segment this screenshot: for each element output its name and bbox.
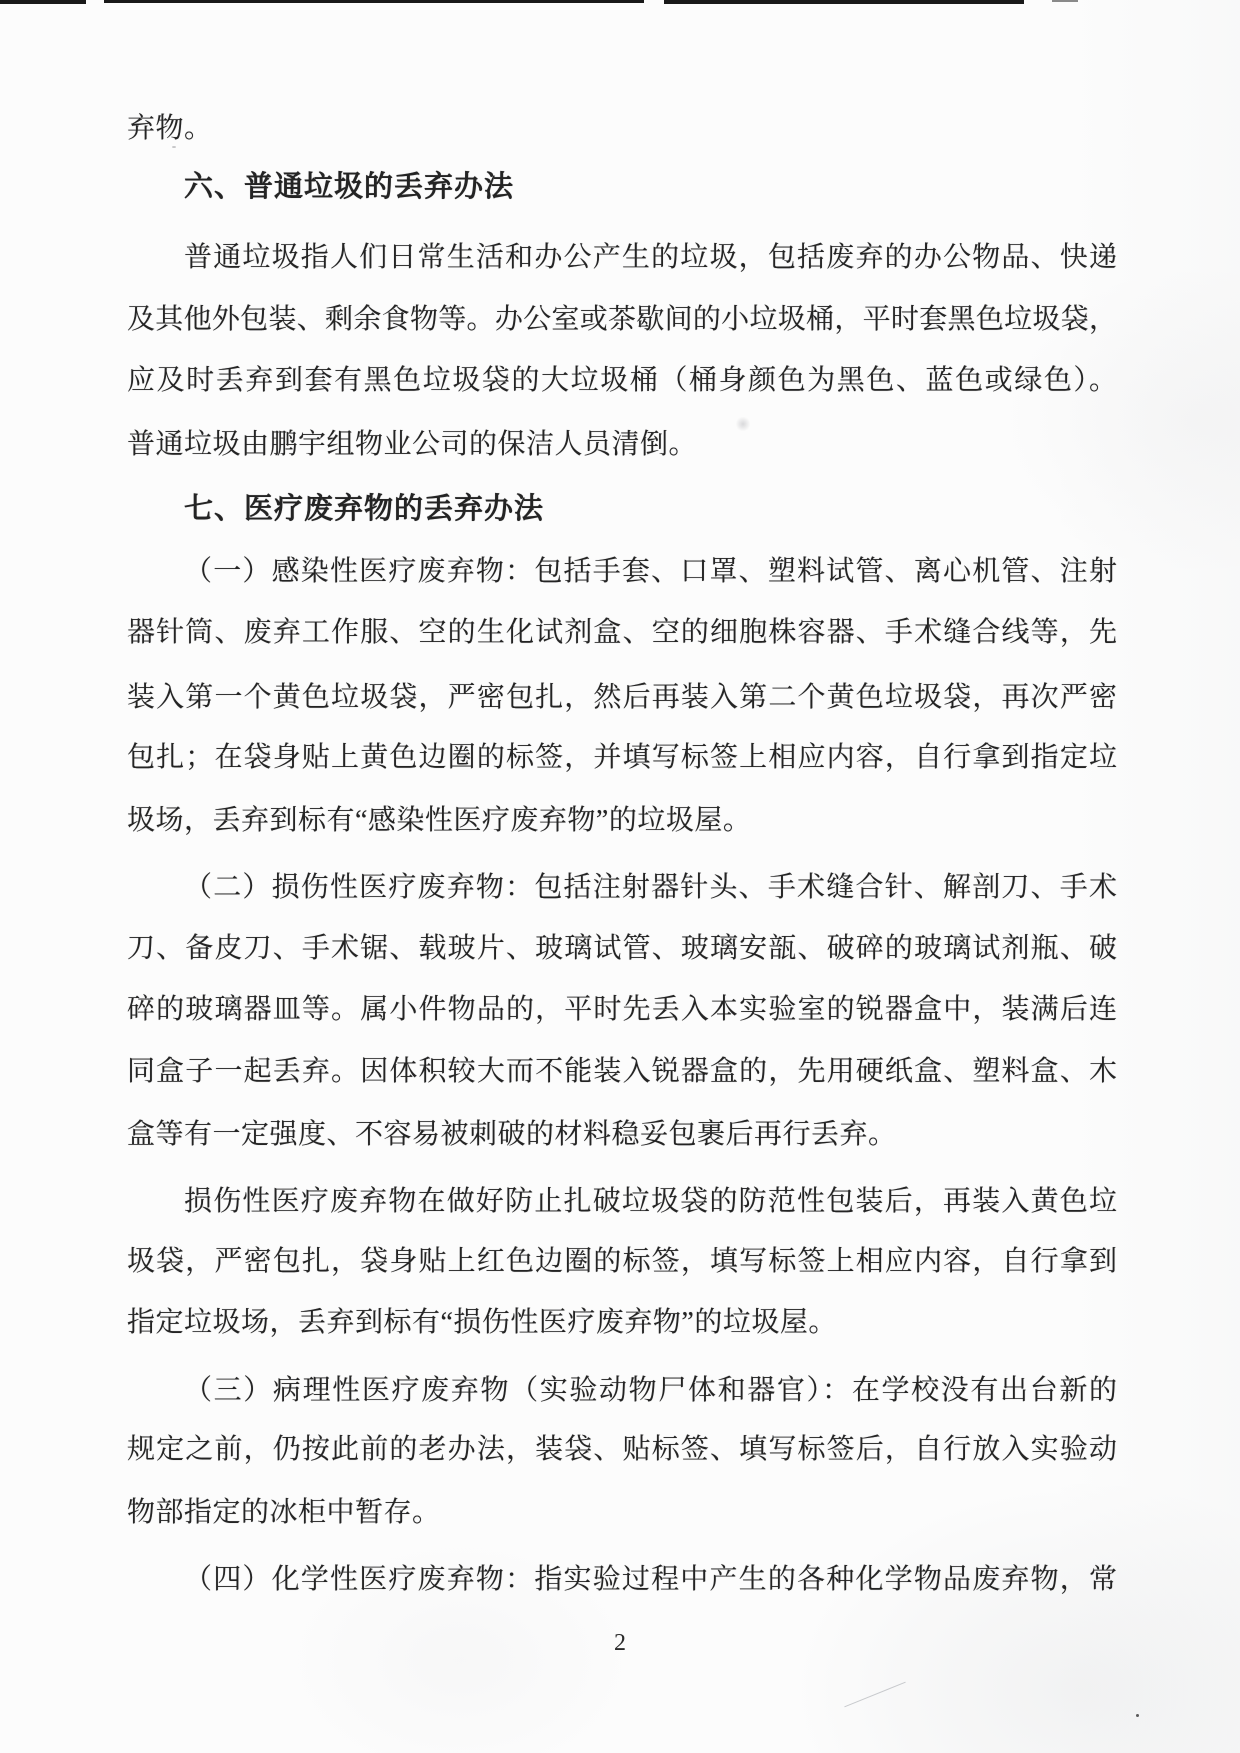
text-line: 圾场，丢弃到标有“感染性医疗废弃物”的垃圾屋。 [127,804,1117,838]
text-line: （四）化学性医疗废弃物：指实验过程中产生的各种化学物品废弃物，常 [127,1563,1117,1597]
scan-smudge-artifact [736,416,750,432]
text-line: 指定垃圾场，丢弃到标有“损伤性医疗废弃物”的垃圾屋。 [127,1306,1117,1340]
text-line: （三）病理性医疗废弃物（实验动物尸体和器官）：在学校没有出台新的 [127,1374,1117,1408]
scan-edge-artifact [664,0,1024,4]
text-line: 物部指定的冰柜中暂存。 [127,1496,1117,1530]
text-line: 弃物。 [127,112,1117,146]
text-line: 刀、备皮刀、手术锯、载玻片、玻璃试管、玻璃安瓿、破碎的玻璃试剂瓶、破 [127,932,1117,966]
text-line: 同盒子一起丢弃。因体积较大而不能装入锐器盒的，先用硬纸盒、塑料盒、木 [127,1055,1117,1089]
text-line: 碎的玻璃器皿等。属小件物品的，平时先丢入本实验室的锐器盒中，装满后连 [127,993,1117,1027]
text-line: 器针筒、废弃工作服、空的生化试剂盒、空的细胞株容器、手术缝合线等，先 [127,616,1117,650]
section-heading-6: 六、普通垃圾的丢弃办法 [127,170,1174,204]
text-line: （二）损伤性医疗废弃物：包括注射器针头、手术缝合针、解剖刀、手术 [127,871,1117,905]
text-line: 盒等有一定强度、不容易被刺破的材料稳妥包裹后再行丢弃。 [127,1118,1117,1152]
text-line: 及其他外包装、剩余食物等。办公室或茶歇间的小垃圾桶，平时套黑色垃圾袋， [127,303,1117,337]
page-number: 2 [0,1630,1240,1657]
text-line: 普通垃圾由鹏宇组物业公司的保洁人员清倒。 [127,428,1117,462]
text-line: 装入第一个黄色垃圾袋，严密包扎，然后再装入第二个黄色垃圾袋，再次严密 [127,681,1117,715]
scan-speck-artifact [1136,1714,1139,1717]
scan-scratch-artifact [844,1682,906,1708]
section-heading-7: 七、医疗废弃物的丢弃办法 [127,492,1174,526]
text-line: 规定之前，仍按此前的老办法，装袋、贴标签、填写标签后，自行放入实验动 [127,1433,1117,1467]
scan-edge-artifact [0,0,86,4]
scan-edge-artifact [104,0,644,3]
text-line: 圾袋，严密包扎，袋身贴上红色边圈的标签，填写标签上相应内容，自行拿到 [127,1245,1117,1279]
text-line: 普通垃圾指人们日常生活和办公产生的垃圾，包括废弃的办公物品、快递 [127,241,1117,275]
document-page: 弃物。 六、普通垃圾的丢弃办法 普通垃圾指人们日常生活和办公产生的垃圾，包括废弃… [0,0,1240,1753]
scan-speck-artifact [172,146,176,148]
text-line: 应及时丢弃到套有黑色垃圾袋的大垃圾桶（桶身颜色为黑色、蓝色或绿色）。 [127,364,1117,398]
text-line: 包扎；在袋身贴上黄色边圈的标签，并填写标签上相应内容，自行拿到指定垃 [127,741,1117,775]
scan-edge-artifact [1052,0,1078,2]
text-line: 损伤性医疗废弃物在做好防止扎破垃圾袋的防范性包装后，再装入黄色垃 [127,1185,1117,1219]
text-line: （一）感染性医疗废弃物：包括手套、口罩、塑料试管、离心机管、注射 [127,555,1117,589]
